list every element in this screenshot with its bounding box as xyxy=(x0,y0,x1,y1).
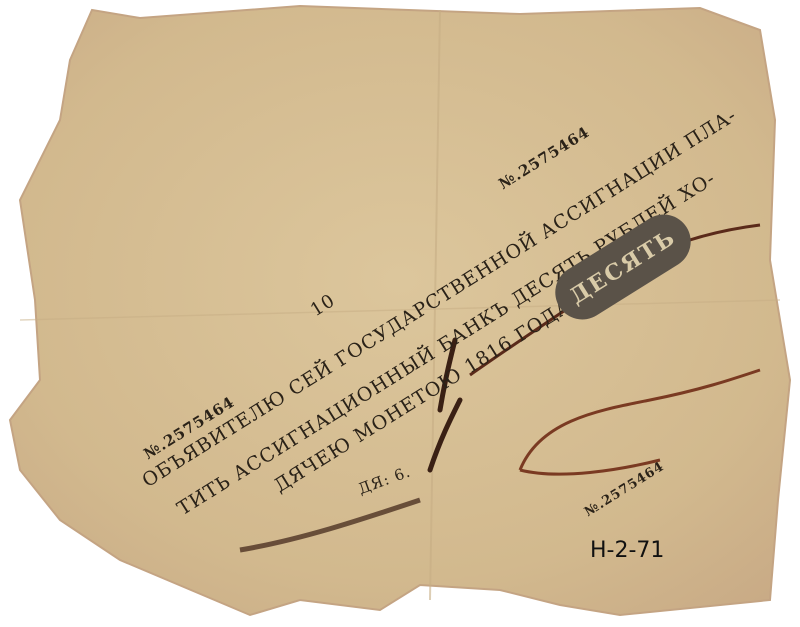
handwritten-label: Н-2-71 xyxy=(590,538,664,563)
